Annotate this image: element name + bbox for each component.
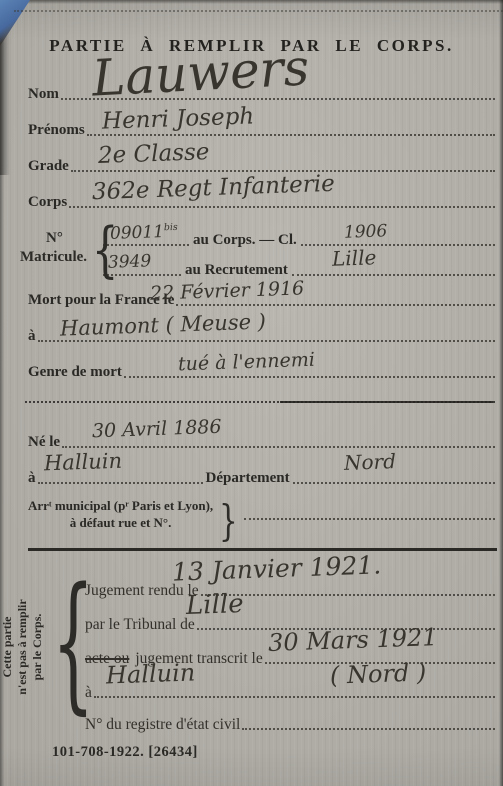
arr-label-line2: à défaut rue et N°. xyxy=(28,514,213,532)
grade-label: Grade xyxy=(28,159,71,174)
genre-label: Genre de mort xyxy=(28,365,124,380)
matricule-no-label: N° xyxy=(46,230,63,247)
ne-lieu-label: à xyxy=(28,471,38,486)
matricule-corps-value-handwriting: 09011bis xyxy=(110,223,178,243)
imprint-reference: 101-708-1922. [26434] xyxy=(52,744,198,761)
transcrit-lieu-label: à xyxy=(85,685,94,701)
naissance-lieu-handwriting: Halluin xyxy=(44,451,123,475)
jugement-line xyxy=(201,593,495,596)
transcrit-date-handwriting: 30 Mars 1921 xyxy=(268,625,438,655)
tribunal-handwriting: Lille xyxy=(186,591,244,619)
mort-date-handwriting: 22 Février 1916 xyxy=(150,279,305,303)
grade-value-handwriting: 2e Classe xyxy=(98,141,210,168)
transcrit-dept-handwriting: ( Nord ) xyxy=(330,660,427,687)
lower-section-divider xyxy=(28,548,497,551)
section-divider-solid xyxy=(280,401,493,403)
mort-lieu-label: à xyxy=(28,329,38,344)
ne-lieu-line xyxy=(38,481,203,484)
tribunal-label: par le Tribunal de xyxy=(85,617,197,633)
recrutement-place-line xyxy=(292,273,495,276)
matricule-corps-number: 09011 xyxy=(110,222,165,244)
genre-mort-handwriting: tué à l'ennemi xyxy=(178,351,315,375)
au-corps-label: au Corps. — Cl. xyxy=(189,233,301,248)
row-arrondissement: Arrᵗ municipal (pʳ Paris et Lyon), à déf… xyxy=(28,496,495,532)
scan-edge-right xyxy=(499,0,503,786)
death-record-card: PARTIE À REMPLIR PAR LE CORPS. Nom Préno… xyxy=(0,0,503,786)
top-dotted-line xyxy=(14,10,503,12)
naissance-date-handwriting: 30 Avril 1886 xyxy=(92,418,222,442)
transcrit-lieu-handwriting: Halluin xyxy=(106,660,196,687)
jugement-date-handwriting: 13 Janvier 1921. xyxy=(172,552,382,584)
arr-label-line1: Arrᵗ municipal (pʳ Paris et Lyon), xyxy=(28,498,213,513)
side-note-vertical: Cette partie n'est pas à remplir par le … xyxy=(0,592,48,702)
matricule-recrutement-line xyxy=(103,273,181,276)
nom-value-handwriting: Lauwers xyxy=(91,42,310,103)
row-registre: N° du registre d'état civil xyxy=(85,708,495,732)
prenoms-line xyxy=(87,133,495,136)
registre-label: N° du registre d'état civil xyxy=(85,717,242,733)
dept-line xyxy=(293,481,495,484)
classe-value-handwriting: 1906 xyxy=(344,223,388,241)
arr-line xyxy=(244,517,495,520)
arr-brace: } xyxy=(219,500,238,542)
ne-line xyxy=(62,445,495,448)
arr-label: Arrᵗ municipal (pʳ Paris et Lyon), à déf… xyxy=(28,497,213,532)
nom-label: Nom xyxy=(28,87,61,102)
ne-label: Né le xyxy=(28,435,62,450)
classe-line xyxy=(301,243,495,246)
row-matricule-recrutement: au Recrutement xyxy=(103,256,495,278)
row-prenoms: Prénoms xyxy=(28,114,495,138)
departement-handwriting: Nord xyxy=(344,451,397,473)
prenoms-label: Prénoms xyxy=(28,123,87,138)
scan-edge-top xyxy=(0,0,503,4)
genre-line xyxy=(124,375,495,378)
corps-label: Corps xyxy=(28,195,69,210)
matricule-corps-bis: bis xyxy=(164,222,178,233)
dept-label: Département xyxy=(203,471,293,486)
recrutement-place-handwriting: Lille xyxy=(332,247,377,269)
prenoms-value-handwriting: Henri Joseph xyxy=(102,105,255,133)
mort-line xyxy=(176,303,495,306)
au-recrutement-label: au Recrutement xyxy=(181,263,292,278)
corps-line xyxy=(69,205,495,208)
transcrit-lieu-line xyxy=(94,695,495,698)
registre-line xyxy=(242,727,495,730)
mort-lieu-line xyxy=(38,339,496,342)
matricule-recrutement-value-handwriting: 3949 xyxy=(108,253,152,271)
matricule-label: Matricule. xyxy=(20,249,87,266)
